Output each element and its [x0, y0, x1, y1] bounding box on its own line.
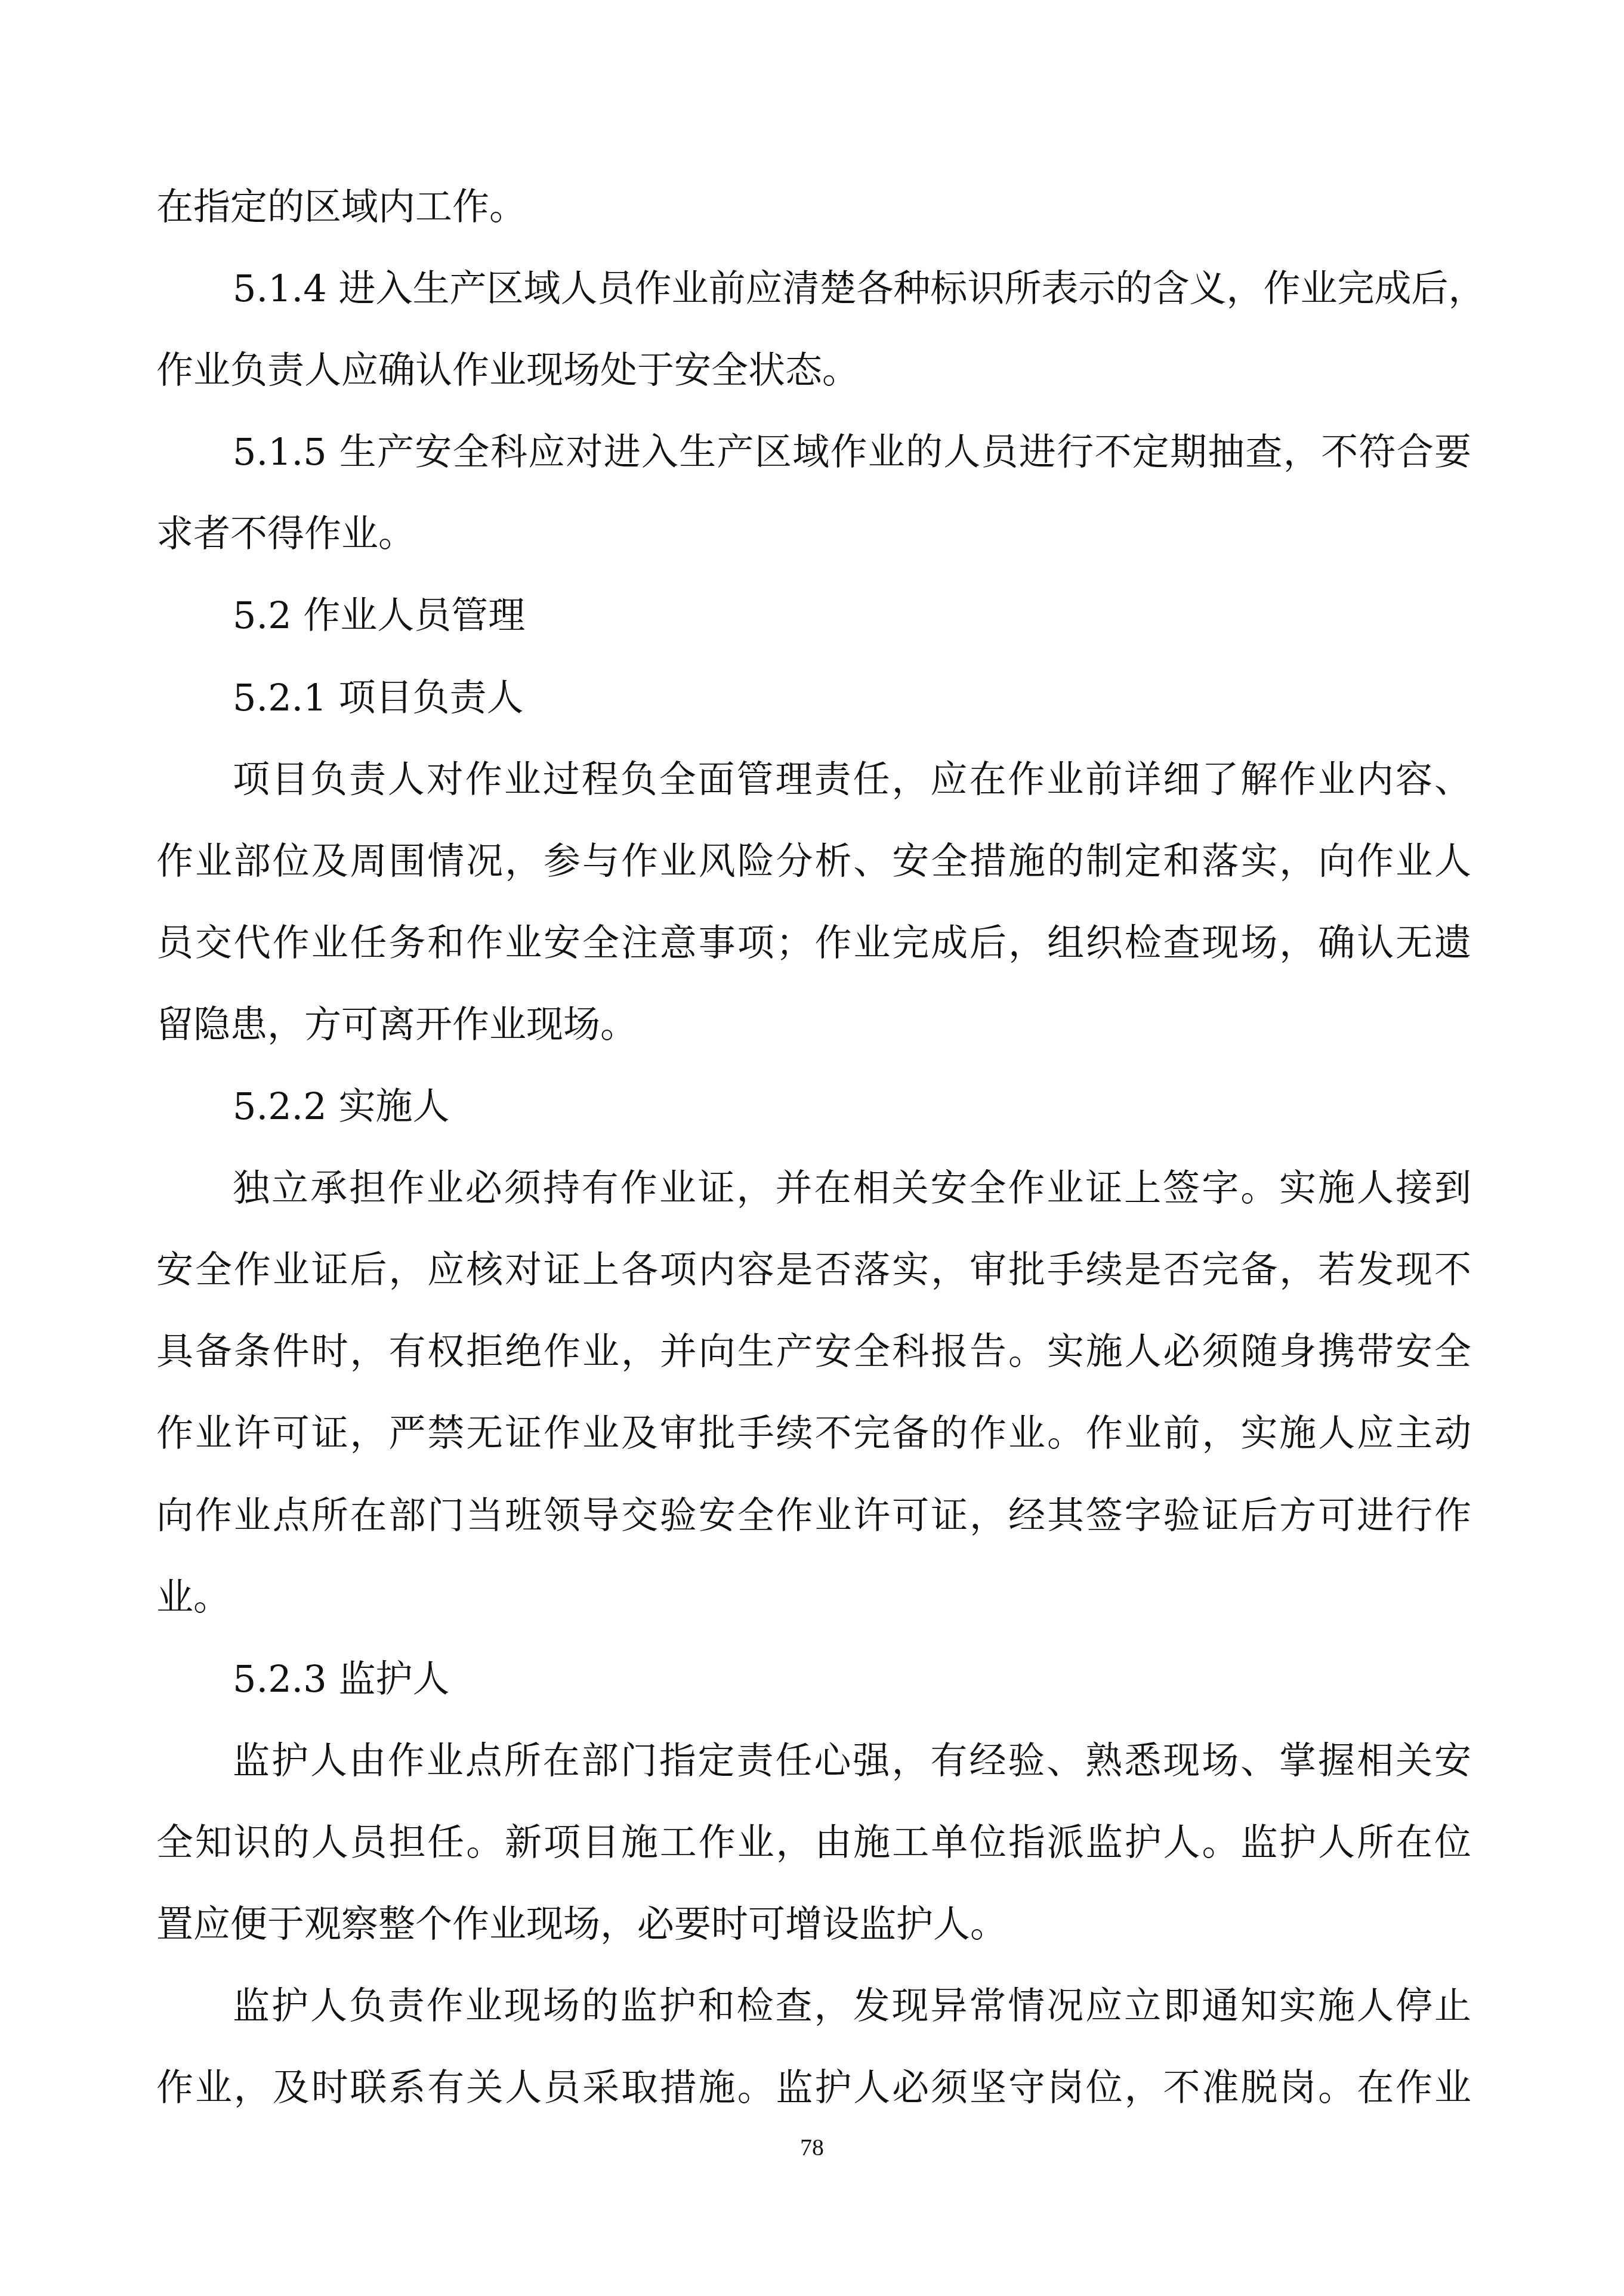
text-line: 作业负责人应确认作业现场处于安全状态。 [156, 329, 1471, 411]
text-line: 业。 [156, 1556, 1471, 1638]
section-heading: 5.2 作业人员管理 [156, 574, 1471, 656]
text-line: 员交代作业任务和作业安全注意事项；作业完成后，组织检查现场，确认无遗 [156, 902, 1471, 984]
text-line: 全知识的人员担任。新项目施工作业，由施工单位指派监护人。监护人所在位 [156, 1801, 1471, 1883]
text-line: 作业，及时联系有关人员采取措施。监护人必须坚守岗位，不准脱岗。在作业 [156, 2047, 1471, 2128]
text-line: 具备条件时，有权拒绝作业，并向生产安全科报告。实施人必须随身携带安全 [156, 1311, 1471, 1392]
text-line: 5.1.4 进入生产区域人员作业前应清楚各种标识所表示的含义，作业完成后， [156, 248, 1471, 329]
text-line: 向作业点所在部门当班领导交验安全作业许可证，经其签字验证后方可进行作 [156, 1475, 1471, 1556]
text-line: 监护人负责作业现场的监护和检查，发现异常情况应立即通知实施人停止 [156, 1965, 1471, 2047]
text-line: 作业许可证，严禁无证作业及审批手续不完备的作业。作业前，实施人应主动 [156, 1392, 1471, 1474]
subsection-heading: 5.2.2 实施人 [156, 1065, 1471, 1147]
text-line: 求者不得作业。 [156, 493, 1471, 574]
subsection-heading: 5.2.3 监护人 [156, 1638, 1471, 1720]
text-line: 独立承担作业必须持有作业证，并在相关安全作业证上签字。实施人接到 [156, 1147, 1471, 1229]
text-line: 5.1.5 生产安全科应对进入生产区域作业的人员进行不定期抽查，不符合要 [156, 411, 1471, 493]
text-line: 留隐患，方可离开作业现场。 [156, 984, 1471, 1065]
subsection-heading: 5.2.1 项目负责人 [156, 657, 1471, 738]
text-line: 安全作业证后，应核对证上各项内容是否落实，审批手续是否完备，若发现不 [156, 1229, 1471, 1311]
body-text: 在指定的区域内工作。 5.1.4 进入生产区域人员作业前应清楚各种标识所表示的含… [156, 166, 1471, 2128]
text-line: 作业部位及周围情况，参与作业风险分析、安全措施的制定和落实，向作业人 [156, 820, 1471, 902]
text-line: 置应便于观察整个作业现场，必要时可增设监护人。 [156, 1883, 1471, 1965]
text-line: 监护人由作业点所在部门指定责任心强，有经验、熟悉现场、掌握相关安 [156, 1720, 1471, 1801]
document-page: 在指定的区域内工作。 5.1.4 进入生产区域人员作业前应清楚各种标识所表示的含… [0, 0, 1624, 2296]
text-line: 项目负责人对作业过程负全面管理责任，应在作业前详细了解作业内容、 [156, 738, 1471, 820]
text-line: 在指定的区域内工作。 [156, 166, 1471, 248]
page-number: 78 [0, 2133, 1624, 2161]
